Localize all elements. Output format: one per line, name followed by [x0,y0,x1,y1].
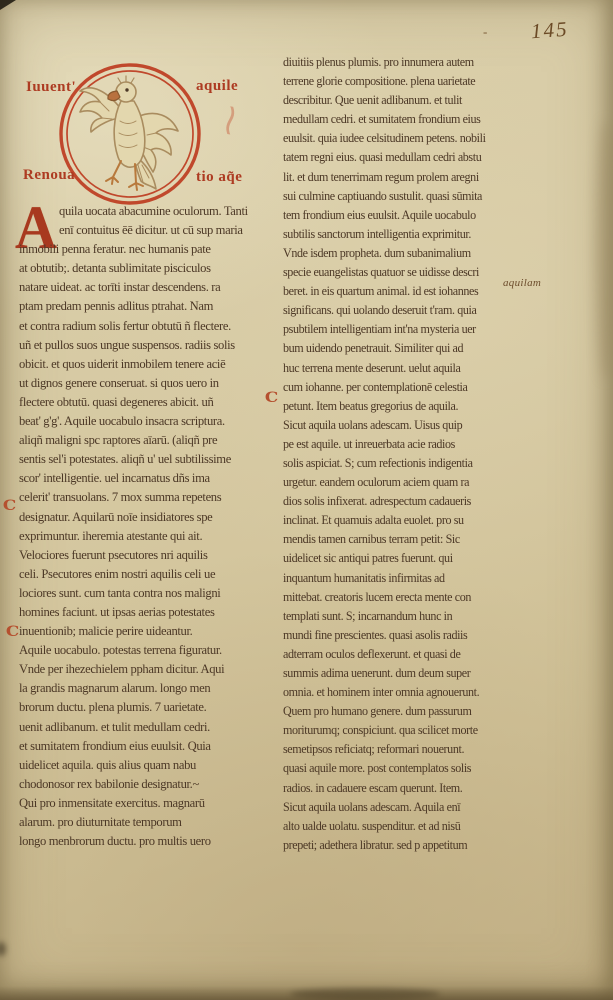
text-line: lit. et dum tenerrimam regum prolem areg… [283,168,529,187]
text-line: la grandis magnarum alarum. longo men [19,679,269,698]
folio-mark: - [483,24,487,40]
text-line: specie euangelistas quatuor se uidisse d… [283,263,529,282]
text-line: omnia. et hominem inter omnia agnouerunt… [283,683,529,702]
text-line: bum uidendo penetrauit. Similiter qui ad [283,339,529,358]
text-column-right: diuitiis plenus plumis. pro innumera aut… [283,53,529,855]
text-line: quasi aquile more. post contemplatos sol… [283,759,529,778]
text-line: Aquile uocabulo. potestas terrena figura… [19,641,269,660]
text-line: inclinat. Et quamuis adalta euolet. pro … [283,511,529,530]
text-line: semetipsos reficiatq; reformari nouerunt… [283,740,529,759]
rubric-top-left: Iuuent' [26,79,76,96]
text-line: tem frondium eius euulsit. Aquile uocabu… [283,206,529,225]
text-line: inmobili penna feratur. nec humanis pate [19,240,269,259]
text-line: et sumitatem frondium eius euulsit. Quia [19,737,269,756]
text-line: moriturumq; conspiciunt. qua scilicet mo… [283,721,529,740]
text-line: scor' intelligentie. uel incarnatus dñs … [19,469,269,488]
text-line: inquantum humanitatis infirmitas ad [283,569,529,588]
text-line: Quem pro humano genere. dum passurum [283,702,529,721]
text-line: summis adima uenerunt. dum deum super [283,664,529,683]
text-line: ut dignos genere conseruat. si quos uero… [19,374,269,393]
text-line: beat' g'g'. Aquile uocabulo insacra scri… [19,412,269,431]
text-line: Vnde per ihezechielem ppham dicitur. Aqu… [19,660,269,679]
text-line: solis aspiciat. S; cum refectionis indig… [283,454,529,473]
text-line: diuitiis plenus plumis. pro innumera aut… [283,53,529,72]
text-line: huc terrena mente deserunt. uelut aquila [283,359,529,378]
text-line: terrene glorie compositione. plena uarie… [283,72,529,91]
text-line: uidelicet sic antiqui patres fuerunt. qu… [283,549,529,568]
text-line: pe est aquile. ut inreuerbata acie radio… [283,435,529,454]
rubric-top-right: aquile [196,78,238,95]
text-line: Qui pro inmensitate exercitus. magnarū [19,794,269,813]
text-line: designatur. Aquilarū noīe insidiatores s… [19,508,269,527]
text-line: celerit' transuolans. 7 mox summa repete… [19,488,269,507]
text-line: et contra radium solis fertur obtutū ñ f… [19,317,269,336]
paraph-mark: C [265,390,278,406]
text-line: exprimuntur. iheremia atestante qui ait. [19,527,269,546]
text-line: brorum ductu. plena plumis. 7 uarietate. [19,698,269,717]
text-line: celi. Psecutores enim nostri aquilis cel… [19,565,269,584]
marginal-gloss: aquilam [503,277,541,289]
text-line: quila uocata abacumine oculorum. Tanti [19,202,269,221]
text-line: alto ualde uolatu. suspenditur. et ad ni… [283,817,529,836]
text-line: Sicut aquila uolans adescam. Uisus quip [283,416,529,435]
text-column-left: quila uocata abacumine oculorum. Tantien… [19,202,269,851]
text-line: mundi fine prescientes. quasi asolis rad… [283,626,529,645]
edge-stain [595,120,613,380]
text-line: obicit. et quos uiderit inmobilem tenere… [19,355,269,374]
text-line: uidelicet aquila. quis alius quam nabu [19,756,269,775]
rubric-bottom-right: tio aq̃e [196,169,242,186]
text-line: enī contuitus ēē dicitur. ut cū sup mari… [19,221,269,240]
text-line: cum iohanne. per contemplationē celestia [283,378,529,397]
text-line: inuentionib; malicie perire uideantur. [19,622,269,641]
bottom-edge-shadow [0,986,613,1000]
text-line: tatem regni eius. quasi medullam cedri a… [283,148,529,167]
text-line: radios. in cadauere escam querunt. Item. [283,779,529,798]
text-line: longo menbrorum ductu. pro multis uero [19,832,269,851]
text-line: Sicut aquila uolans adescam. Aquila enī [283,798,529,817]
text-line: sui culmine captiuando sustulit. quasi s… [283,187,529,206]
text-line: natare uideat. ac torīti instar descende… [19,278,269,297]
text-line: urgetur. eandem oculorum aciem quam ra [283,473,529,492]
text-line: dios solis infixerat. adrespectum cadaue… [283,492,529,511]
paraph-mark: C [3,498,16,514]
text-line: medullam cedri. et sumitatem frondium ei… [283,110,529,129]
corner-shadow [0,0,16,10]
text-line: mittebat. creatoris lucem erecta mente c… [283,588,529,607]
text-line: chodonosor rex babilonie designatur.~ [19,775,269,794]
text-line: templati sunt. S; incarnandum hunc in [283,607,529,626]
paraph-mark: C [6,624,19,640]
text-line: petunt. Item beatus gregorius de aquila. [283,397,529,416]
text-line: euulsit. quia iudee celsitudinem petens.… [283,129,529,148]
red-flourish: ≀ [219,93,242,147]
eagle-icon [80,76,178,190]
rubric-bottom-left: Renoua [23,167,75,184]
text-line: subtilis sanctorum intelligentia exprimi… [283,225,529,244]
text-line: describitur. Que uenit adlibanum. et tul… [283,91,529,110]
eagle-roundel-illustration [57,61,203,207]
text-line: alarum. pro diuturnitate temporum [19,813,269,832]
text-line: flectere obtutū. quasi degeneres abicit.… [19,393,269,412]
text-line: mendis tamen carnibus terram petit: Sic [283,530,529,549]
text-line: significans. qui uolando deseruit t'ram.… [283,301,529,320]
text-line: psubtilem intelligentiam int'na mysteria… [283,320,529,339]
text-line: Vnde isdem propheta. dum subanimalium [283,244,529,263]
text-line: prepeti; adethera libratur. sed p appeti… [283,836,529,855]
text-line: adterram oculos deflexerunt. et quasi de [283,645,529,664]
edge-speck [0,942,6,956]
text-line: ptam predam pennis adlitus ptrahat. Nam [19,297,269,316]
manuscript-page: - 145 Iuuent' aquile [0,0,613,1000]
text-line: sentis sel'i potestates. aliqñ u' uel su… [19,450,269,469]
pencil-smudge [551,37,587,59]
text-line: beret. in eis quartum animal. id est ioh… [283,282,529,301]
text-line: at obtutib;. detanta sublimitate piscicu… [19,259,269,278]
text-line: Velociores fuerunt psecutores nri aquili… [19,546,269,565]
text-line: homines faciunt. ut ipsas aerias potesta… [19,603,269,622]
text-line: uñ et pullos suos ungue suspensos. radii… [19,336,269,355]
text-line: lociores sunt. cum tanta contra nos mali… [19,584,269,603]
text-line: aliqñ maligni spc raptores aīarū. (aliqñ… [19,431,269,450]
text-line: uenit adlibanum. et tulit medullam cedri… [19,718,269,737]
